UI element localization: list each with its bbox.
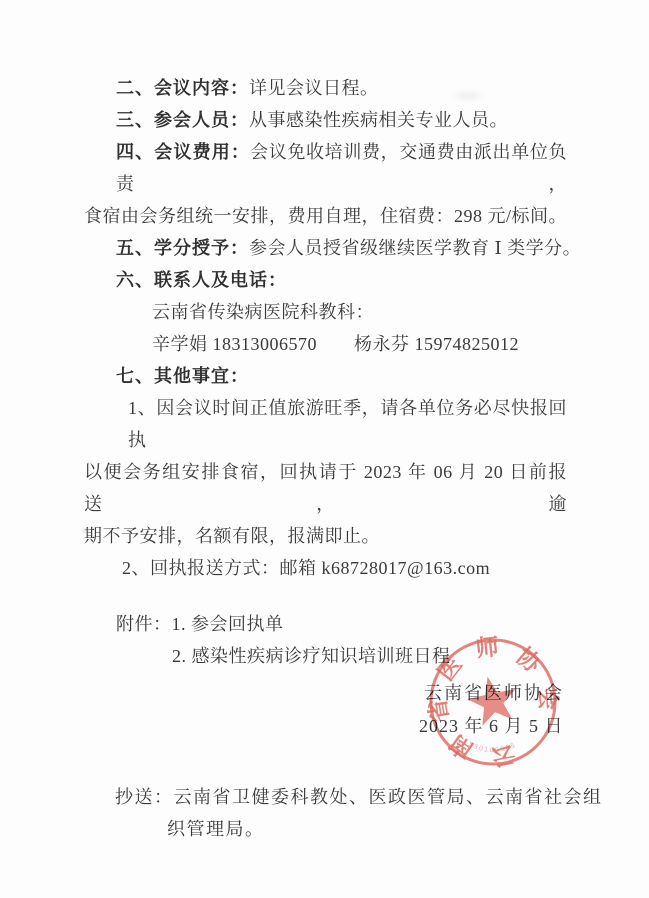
contact-org-line: 云南省传染病医院科教科：: [84, 296, 567, 328]
doc-line: 期不予安排，名额有限，报满即止。: [84, 520, 567, 552]
email-line: 2、回执报送方式：邮箱 k68728017@163.com: [84, 552, 567, 584]
section-text: 1、因会议时间正值旅游旺季，请各单位务必尽快报回执: [128, 398, 567, 450]
section-text: 参会人员授省级继续医学教育 Ⅰ 类学分。: [249, 238, 581, 258]
section-text: 食宿由会务组统一安排，费用自理，住宿费：298 元/标间。: [84, 206, 567, 226]
attachment-line-2: 2. 感染性疾病诊疗知识培训班日程: [84, 640, 567, 672]
section-text: 2. 感染性疾病诊疗知识培训班日程: [172, 646, 451, 666]
notice-body: 二、会议内容：详见会议日程。 三、参会人员：从事感染性疾病相关专业人员。 四、会…: [84, 72, 567, 672]
doc-line: 七、其他事宜：: [84, 360, 567, 392]
cc-line: 抄送：云南省卫健委科教处、医政医管局、云南省社会组: [115, 781, 603, 813]
contact-phone-line: 辛学娟 18313006570 杨永芬 15974825012: [84, 328, 567, 360]
section-text: 以便会务组安排食宿，回执请于 2023 年 06 月 20 日前报送，逾: [84, 462, 567, 514]
section-label: 六、联系人及电话：: [116, 270, 287, 290]
doc-line: 二、会议内容：详见会议日程。: [84, 72, 567, 104]
doc-line: 食宿由会务组统一安排，费用自理，住宿费：298 元/标间。: [84, 200, 567, 232]
doc-line: 以便会务组安排食宿，回执请于 2023 年 06 月 20 日前报送，逾: [84, 456, 567, 520]
scan-smudge: [82, 528, 90, 534]
section-label: 五、学分授予：: [116, 238, 249, 258]
section-text: 2、回执报送方式：邮箱 k68728017@163.com: [122, 558, 490, 578]
signature-date: 2023 年 6 月 5 日: [419, 710, 564, 742]
section-text: 附件：1. 参会回执单: [116, 614, 284, 634]
section-text: 云南省传染病医院科教科：: [152, 302, 374, 322]
scan-smudge: [455, 92, 481, 100]
scanned-notice-page: 二、会议内容：详见会议日程。 三、参会人员：从事感染性疾病相关专业人员。 四、会…: [0, 0, 649, 898]
cc-line: 织管理局。: [167, 813, 265, 845]
doc-line: 三、参会人员：从事感染性疾病相关专业人员。: [84, 104, 567, 136]
section-label: 七、其他事宜：: [116, 366, 249, 386]
doc-line: 六、联系人及电话：: [84, 264, 567, 296]
doc-line: 1、因会议时间正值旅游旺季，请各单位务必尽快报回执: [84, 392, 567, 456]
section-label: 四、会议费用：: [116, 142, 250, 162]
attachment-line-1: 附件：1. 参会回执单: [84, 608, 567, 640]
section-text: 期不予安排，名额有限，报满即止。: [84, 526, 380, 546]
section-label: 二、会议内容：: [116, 78, 249, 98]
section-text: 辛学娟 18313006570 杨永芬 15974825012: [152, 334, 519, 354]
doc-line: 四、会议费用：会议免收培训费，交通费由派出单位负责，: [84, 136, 567, 200]
signature-org: 云南省医师协会: [424, 677, 564, 709]
doc-line: 五、学分授予：参会人员授省级继续医学教育 Ⅰ 类学分。: [84, 232, 567, 264]
section-text: 详见会议日程。: [249, 78, 379, 98]
section-label: 三、参会人员：: [116, 110, 249, 130]
section-text: 从事感染性疾病相关专业人员。: [249, 110, 508, 130]
